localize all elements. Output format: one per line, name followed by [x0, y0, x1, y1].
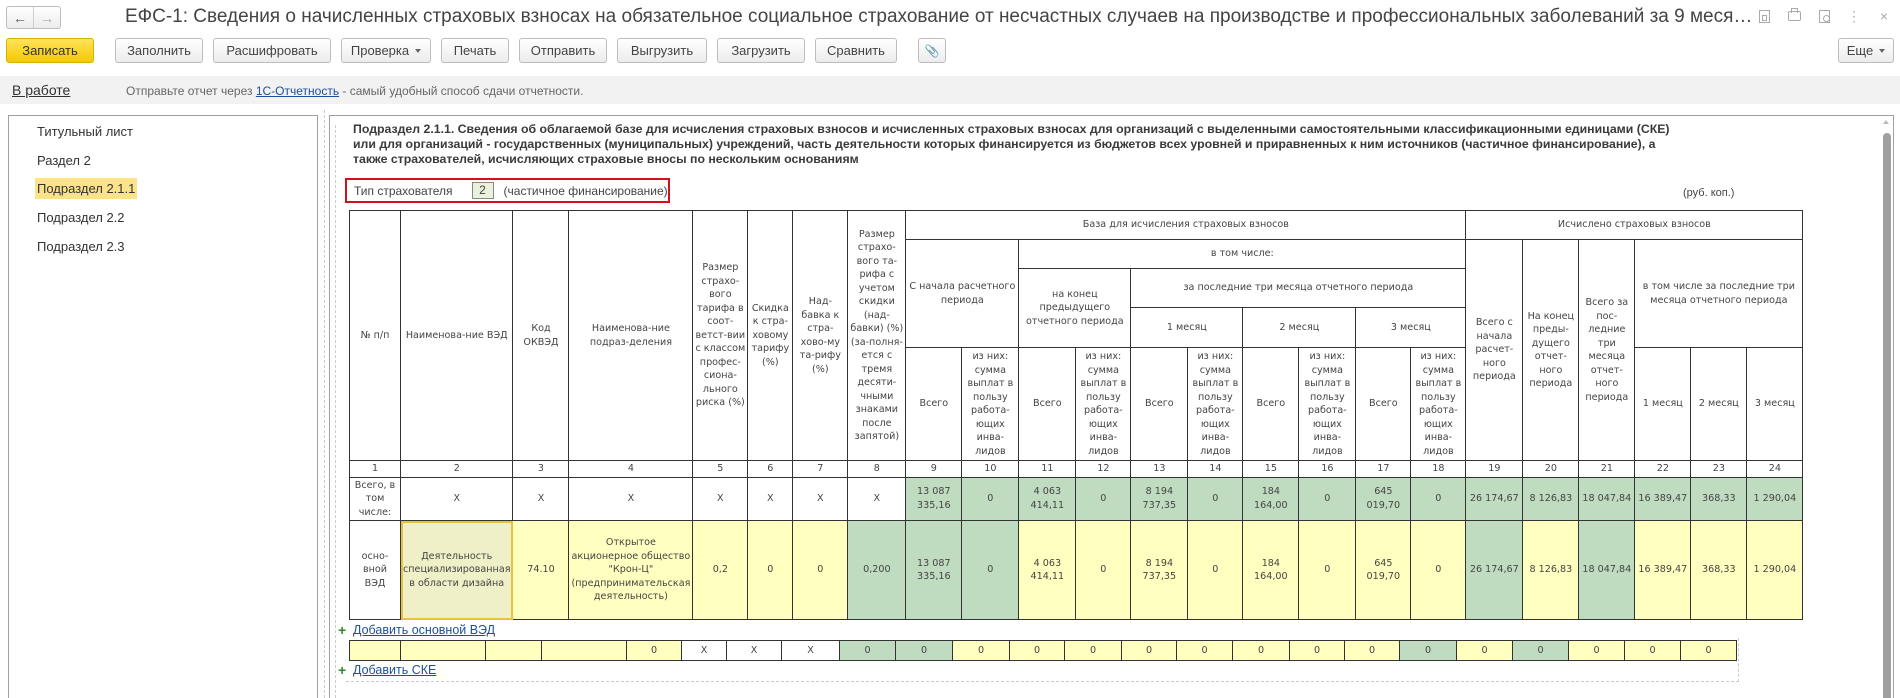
- header-total: Всего: [1131, 348, 1188, 461]
- cell-col-4: Х: [569, 477, 693, 521]
- header-total: Всего: [1243, 348, 1299, 461]
- sidebar-item-title-page[interactable]: Титульный лист: [35, 121, 135, 142]
- table-row-main-ved: осно-вной ВЭДДеятельность специализирова…: [350, 521, 1803, 620]
- cell-col-6[interactable]: 0: [748, 521, 793, 620]
- check-button[interactable]: Проверка: [341, 38, 431, 63]
- info-text-before: Отправьте отчет через: [126, 84, 256, 98]
- header-month-2: 2 месяц: [1243, 308, 1356, 348]
- section-title: Подраздел 2.1.1. Сведения об облагаемой …: [353, 122, 1693, 167]
- table-row-total: Всего, в том числе:ХХХХХХХ13 087 335,160…: [350, 477, 1803, 521]
- cell-col-24: 1 290,04: [1747, 477, 1803, 521]
- upload-button[interactable]: Выгрузить: [617, 38, 707, 63]
- cell-col-7[interactable]: 0: [793, 521, 848, 620]
- sidebar-item-section-2[interactable]: Раздел 2: [35, 150, 93, 171]
- paperclip-icon: 📎: [925, 44, 940, 58]
- header-last-three: за последние три месяца отчетного период…: [1131, 269, 1466, 308]
- print-button[interactable]: Печать: [441, 38, 509, 63]
- fill-button[interactable]: Заполнить: [115, 38, 203, 63]
- cell-col-12: 0: [1076, 477, 1131, 521]
- column-number: 12: [1076, 461, 1131, 478]
- header-surcharge: Над-бавка к стра-хово-му та-рифу (%): [793, 211, 848, 461]
- cell-col-11[interactable]: 4 063 414,11: [1019, 521, 1076, 620]
- header-tariff: Размер страхо-вого тарифа в соот-ветст-в…: [693, 211, 748, 461]
- column-number: 2: [401, 461, 513, 478]
- header-discount: Скидка к стра-ховому тарифу (%): [748, 211, 793, 461]
- header-okved: Код ОКВЭД: [513, 211, 569, 461]
- cell-col-23[interactable]: 368,33: [1691, 521, 1747, 620]
- cell-col-14: 0: [1188, 477, 1243, 521]
- info-text-after: - самый удобный способ сдачи отчетности.: [339, 84, 583, 98]
- column-number: 1: [350, 461, 401, 478]
- header-disabled: из них: сумма выплат в пользу работа-ющи…: [1411, 348, 1466, 461]
- forward-button[interactable]: →: [33, 7, 60, 28]
- insurer-type-code[interactable]: 2: [472, 182, 494, 199]
- cell-col-10: 0: [962, 521, 1019, 620]
- header-including: в том числе:: [1019, 240, 1466, 269]
- cell-col-2[interactable]: Деятельность специализированная в област…: [401, 521, 513, 620]
- column-number: 21: [1579, 461, 1635, 478]
- header-subdivision: Наименова-ние подраз-деления: [569, 211, 693, 461]
- back-button[interactable]: ←: [7, 7, 33, 28]
- cell-col-19: 26 174,67: [1466, 521, 1523, 620]
- header-total: Всего: [1356, 348, 1411, 461]
- header-total: Всего: [1019, 348, 1076, 461]
- row-label: осно-вной ВЭД: [350, 521, 401, 620]
- arrow-left-icon: ←: [13, 10, 27, 26]
- status-link[interactable]: В работе: [12, 82, 70, 98]
- header-total: Всего: [906, 348, 962, 461]
- chevron-down-icon: [415, 49, 421, 53]
- sidebar-item-subsection-2-1-1[interactable]: Подраздел 2.1.1: [35, 178, 137, 199]
- load-button[interactable]: Загрузить: [717, 38, 805, 63]
- cell-col-3[interactable]: 74.10: [513, 521, 569, 620]
- more-label: Еще: [1847, 43, 1873, 58]
- vertical-scrollbar[interactable]: [1883, 133, 1891, 698]
- column-number: 23: [1691, 461, 1747, 478]
- cell-col-21: 18 047,84: [1579, 521, 1635, 620]
- column-number: 6: [748, 461, 793, 478]
- plus-icon: +: [338, 662, 346, 678]
- header-c20: На конец преды-дущего отчет-ного периода: [1523, 240, 1579, 461]
- nav-buttons: ← →: [6, 6, 61, 29]
- chevron-down-icon: [1879, 49, 1885, 53]
- column-number: 18: [1411, 461, 1466, 478]
- form-border: [335, 125, 336, 698]
- units-label: (руб. коп.): [1683, 187, 1734, 199]
- cell-col-16: 0: [1299, 477, 1356, 521]
- header-c22: 1 месяц: [1635, 348, 1691, 461]
- header-month-1: 1 месяц: [1131, 308, 1243, 348]
- cell-col-3: Х: [513, 477, 569, 521]
- cell-col-2: Х: [401, 477, 513, 521]
- form-dashed-border: [346, 638, 1739, 682]
- insurer-type-label: Тип страхователя: [354, 184, 453, 198]
- header-c24: 3 месяц: [1747, 348, 1803, 461]
- insurer-type-desc: (частичное финансирование): [504, 184, 668, 198]
- column-number: 14: [1188, 461, 1243, 478]
- cell-col-22[interactable]: 16 389,47: [1635, 521, 1691, 620]
- sidebar-item-subsection-2-3[interactable]: Подраздел 2.3: [35, 236, 127, 257]
- insurer-type-field: Тип страхователя 2 (частичное финансиров…: [345, 178, 670, 203]
- column-number: 13: [1131, 461, 1188, 478]
- cell-col-14[interactable]: 0: [1188, 521, 1243, 620]
- cell-col-24[interactable]: 1 290,04: [1747, 521, 1803, 620]
- header-c19: Всего с начала расчет-ного периода: [1466, 240, 1523, 461]
- title-actions: ⋮ ×: [1756, 8, 1892, 24]
- column-number: 22: [1635, 461, 1691, 478]
- column-number: 15: [1243, 461, 1299, 478]
- header-adjusted-tariff: Размер страхо-вого та-рифа с учетом скид…: [848, 211, 906, 461]
- column-number-row: 123456789101112131415161718192021222324: [350, 461, 1803, 478]
- info-message: Отправьте отчет через 1С-Отчетность - са…: [126, 84, 583, 98]
- cell-col-17[interactable]: 645 019,70: [1356, 521, 1411, 620]
- header-ved-name: Наименова-ние ВЭД: [401, 211, 513, 461]
- column-number: 7: [793, 461, 848, 478]
- compare-button[interactable]: Сравнить: [815, 38, 897, 63]
- cell-col-11: 4 063 414,11: [1019, 477, 1076, 521]
- column-number: 10: [962, 461, 1019, 478]
- row-label: Всего, в том числе:: [350, 477, 401, 521]
- header-base-group: База для исчисления страховых взносов: [906, 211, 1466, 240]
- column-number: 19: [1466, 461, 1523, 478]
- send-button[interactable]: Отправить: [519, 38, 607, 63]
- column-number: 9: [906, 461, 962, 478]
- check-label: Проверка: [351, 43, 409, 58]
- column-number: 4: [569, 461, 693, 478]
- header-disabled: из них: сумма выплат в пользу работа-ющи…: [962, 348, 1019, 461]
- add-main-ved-link[interactable]: Добавить основной ВЭД: [353, 623, 495, 637]
- cell-col-15[interactable]: 184 164,00: [1243, 521, 1299, 620]
- cell-col-23: 368,33: [1691, 477, 1747, 521]
- info-bar: В работе Отправьте отчет через 1С-Отчетн…: [0, 76, 1900, 104]
- section-navigator: Титульный лист Раздел 2 Подраздел 2.1.1 …: [8, 115, 318, 698]
- header-c23: 2 месяц: [1691, 348, 1747, 461]
- header-since-start: С начала расчетного периода: [906, 240, 1019, 348]
- cell-col-10: 0: [962, 477, 1019, 521]
- column-number: 11: [1019, 461, 1076, 478]
- column-number: 16: [1299, 461, 1356, 478]
- cell-col-20[interactable]: 8 126,83: [1523, 521, 1579, 620]
- command-bar: Записать Заполнить Расшифровать Проверка…: [0, 38, 1900, 66]
- cell-col-19: 26 174,67: [1466, 477, 1523, 521]
- cell-col-21: 18 047,84: [1579, 477, 1635, 521]
- decode-button[interactable]: Расшифровать: [213, 38, 331, 63]
- column-number: 20: [1523, 461, 1579, 478]
- cell-col-22: 16 389,47: [1635, 477, 1691, 521]
- cell-col-12[interactable]: 0: [1076, 521, 1131, 620]
- attach-button[interactable]: 📎: [918, 38, 946, 63]
- header-c21: Всего за пос-ледние три месяца отчет-ног…: [1579, 240, 1635, 461]
- cell-col-6: Х: [748, 477, 793, 521]
- header-disabled: из них: сумма выплат в пользу работа-ющи…: [1299, 348, 1356, 461]
- save-button[interactable]: Записать: [6, 38, 94, 63]
- cell-col-16[interactable]: 0: [1299, 521, 1356, 620]
- header-month-3: 3 месяц: [1356, 308, 1466, 348]
- cell-col-8: 0,200: [848, 521, 906, 620]
- print-icon[interactable]: [1786, 8, 1802, 24]
- cell-col-13: 8 194 737,35: [1131, 477, 1188, 521]
- cell-col-13[interactable]: 8 194 737,35: [1131, 521, 1188, 620]
- header-calc-group: Исчислено страховых взносов: [1466, 211, 1803, 240]
- more-button[interactable]: Еще: [1838, 38, 1894, 63]
- cell-col-5[interactable]: 0,2: [693, 521, 748, 620]
- header-prev-period: на конец предыдущего отчетного периода: [1019, 269, 1131, 348]
- column-number: 8: [848, 461, 906, 478]
- report-table: № п/п Наименова-ние ВЭД Код ОКВЭД Наимен…: [349, 210, 1803, 620]
- column-number: 5: [693, 461, 748, 478]
- arrow-right-icon: →: [40, 10, 54, 26]
- sidebar-item-subsection-2-2[interactable]: Подраздел 2.2: [35, 207, 127, 228]
- 1c-reporting-link[interactable]: 1С-Отчетность: [256, 84, 339, 98]
- column-number: 3: [513, 461, 569, 478]
- panel-splitter[interactable]: [324, 110, 325, 698]
- preview-icon[interactable]: [1816, 8, 1832, 24]
- cell-col-9: 13 087 335,16: [906, 521, 962, 620]
- header-disabled: из них: сумма выплат в пользу работа-ющи…: [1076, 348, 1131, 461]
- cell-col-8: Х: [848, 477, 906, 521]
- cell-col-18[interactable]: 0: [1411, 521, 1466, 620]
- header-row-number: № п/п: [350, 211, 401, 461]
- cell-col-20: 8 126,83: [1523, 477, 1579, 521]
- column-number: 24: [1747, 461, 1803, 478]
- title-bar: ← → ЕФС-1: Сведения о начисленных страхо…: [0, 0, 1900, 36]
- window-title: ЕФС-1: Сведения о начисленных страховых …: [125, 6, 1755, 28]
- header-disabled: из них: сумма выплат в пользу работа-ющи…: [1188, 348, 1243, 461]
- close-icon[interactable]: ×: [1876, 8, 1892, 24]
- cell-col-15: 184 164,00: [1243, 477, 1299, 521]
- plus-icon: +: [338, 622, 346, 638]
- header-calc-last-three: в том числе за последние три месяца отче…: [1635, 240, 1803, 348]
- column-number: 17: [1356, 461, 1411, 478]
- cell-col-5: Х: [693, 477, 748, 521]
- cell-col-17: 645 019,70: [1356, 477, 1411, 521]
- scroll-up-icon[interactable]: [1883, 120, 1889, 124]
- cell-col-7: Х: [793, 477, 848, 521]
- cell-col-9: 13 087 335,16: [906, 477, 962, 521]
- cell-col-18: 0: [1411, 477, 1466, 521]
- more-icon[interactable]: ⋮: [1846, 8, 1862, 24]
- cell-col-4[interactable]: Открытое акционерное общество "Крон-Ц"(п…: [569, 521, 693, 620]
- save-icon[interactable]: [1756, 8, 1772, 24]
